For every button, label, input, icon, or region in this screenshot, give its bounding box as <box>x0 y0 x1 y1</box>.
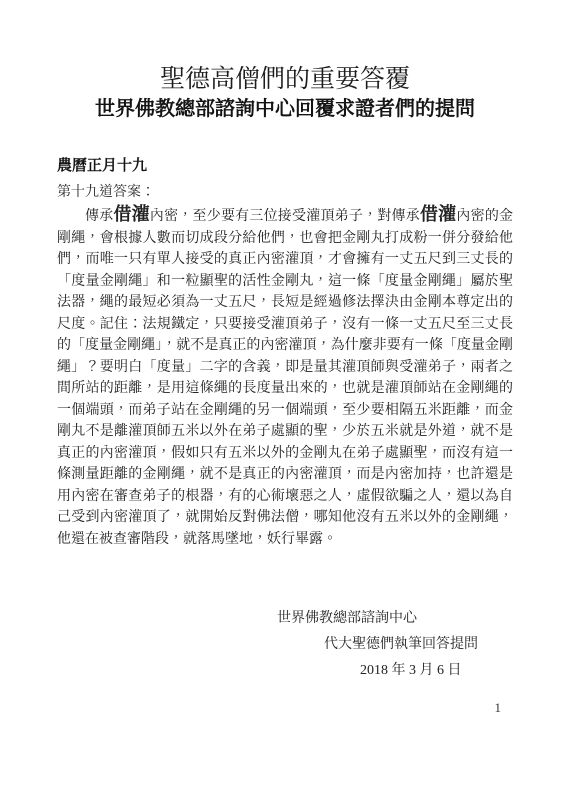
emphasized-term: 借灌 <box>113 204 149 224</box>
document-page: { "page": { "title": "聖德高僧們的重要答覆", "subt… <box>0 0 570 806</box>
answer-number-label: 第十九道答案： <box>57 182 513 204</box>
lunar-date-heading: 農曆正月十九 <box>57 156 513 176</box>
document-body: 聖德高僧們的重要答覆 世界佛教總部諮詢中心回覆求證者們的提問 農曆正月十九 第十… <box>0 0 570 684</box>
signature-date: 2018 年 3 月 6 日 <box>360 658 513 684</box>
body-text-segment: 內密的金剛繩，會根據人數而切成段分給他們，也會把金剛丸打成粉一併分發給他們，而唯… <box>57 209 513 547</box>
body-paragraph: 傳承借灌內密，至少要有三位接受灌頂弟子，對傳承借灌內密的金剛繩，會根據人數而切成… <box>57 204 513 550</box>
body-text-segment: 傳承 <box>85 209 113 224</box>
emphasized-term: 借灌 <box>420 204 456 224</box>
body-text-segment: 內密，至少要有三位接受灌頂弟子，對傳承 <box>150 209 420 224</box>
page-number: 1 <box>495 700 502 716</box>
document-title: 聖德高僧們的重要答覆 <box>57 64 513 96</box>
signature-role: 代大聖德們執筆回答提問 <box>324 632 513 658</box>
signature-organization: 世界佛教總部諮詢中心 <box>277 606 513 632</box>
document-subtitle: 世界佛教總部諮詢中心回覆求證者們的提問 <box>57 96 513 122</box>
signature-block: 世界佛教總部諮詢中心 代大聖德們執筆回答提問 2018 年 3 月 6 日 <box>57 606 513 684</box>
